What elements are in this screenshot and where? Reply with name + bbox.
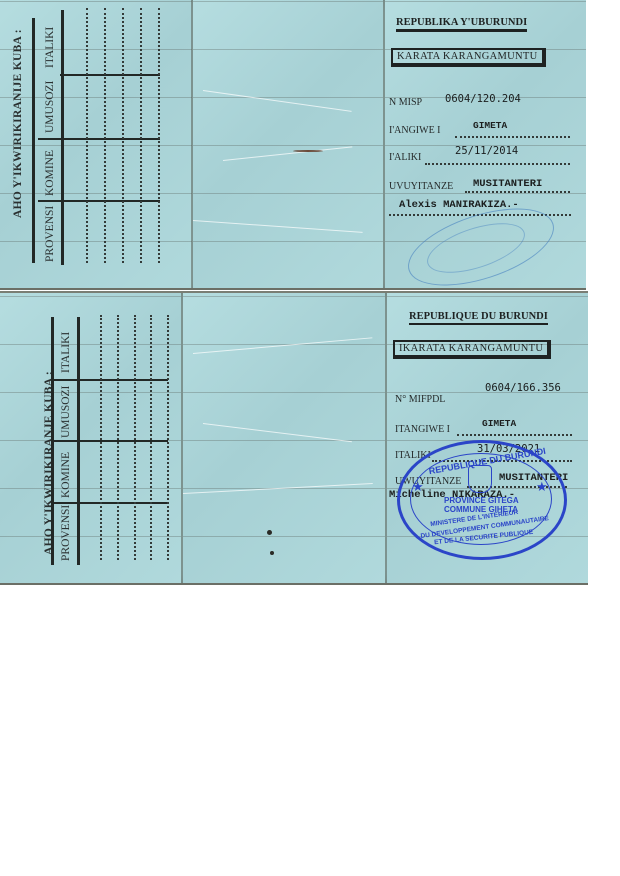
entry-line <box>140 8 142 263</box>
issuer-label: UVUYITANZE <box>389 181 453 192</box>
birthplace-value: GIMETA <box>482 418 516 429</box>
number-label: N° MIFPDL <box>395 394 445 405</box>
entry-line <box>167 315 169 560</box>
column-header-umusozi: UMUSOZI <box>44 81 56 133</box>
dotted-line <box>457 434 572 436</box>
stamp-province: PROVINCE GITEGA <box>444 496 519 505</box>
row-divider <box>60 74 160 76</box>
number-label: N MISP <box>389 97 422 108</box>
table-border <box>32 18 35 263</box>
entry-line <box>86 8 88 263</box>
column-header-provensi: PROVENSI <box>60 505 72 561</box>
star-icon: ★ <box>412 479 424 495</box>
residence-history-panel: AHO Y'IKWIRIKIRANIJE KUBA : PROVENSI KOM… <box>0 0 192 288</box>
ink-spot <box>267 530 272 535</box>
residence-table-title: AHO Y'IKWIRIKIRANIJE KUBA : <box>12 29 24 218</box>
number-value: 0604/120.204 <box>445 93 521 105</box>
identity-info-panel: REPUBLIQUE DU BURUNDI IKARATA KARANGAMUN… <box>387 293 588 583</box>
blank-panel <box>193 0 383 288</box>
official-stamp: REPUBLIQUE DU BURUNDI PROVINCE GITEGA CO… <box>397 440 567 560</box>
date-value: 25/11/2014 <box>455 145 518 157</box>
birthplace-label: I'ANGIWE I <box>389 125 441 136</box>
ink-spot <box>270 551 274 555</box>
republic-heading: REPUBLIQUE DU BURUNDI <box>409 311 548 325</box>
entry-line <box>150 315 152 560</box>
entry-line <box>158 8 160 263</box>
entry-line <box>117 315 119 560</box>
birthplace-value: GIMETA <box>473 120 507 131</box>
column-header-komine: KOMINE <box>44 150 56 196</box>
issuer-value: MUSITANTERI <box>473 178 542 190</box>
coat-of-arms-icon <box>468 465 492 493</box>
republic-heading: REPUBLIKA Y'UBURUNDI <box>396 17 527 32</box>
dotted-line <box>465 191 570 193</box>
date-label: I'ALIKI <box>389 152 421 163</box>
card-title: IKARATA KARANGAMUNTU <box>393 340 551 359</box>
birthplace-label: ITANGIWE I <box>395 424 450 435</box>
column-header-italiki: ITALIKI <box>60 332 72 373</box>
column-header-komine: KOMINE <box>60 452 72 498</box>
identity-info-panel: REPUBLIKA Y'UBURUNDI KARATA KARANGAMUNTU… <box>385 0 586 288</box>
column-header-provensi: PROVENSI <box>44 206 56 262</box>
entry-line <box>134 315 136 560</box>
blank-panel <box>183 293 385 583</box>
id-card-old: AHO Y'IKWIRIKIRANIJE KUBA : PROVENSI KOM… <box>0 0 586 290</box>
star-icon: ★ <box>536 479 548 495</box>
dotted-line <box>455 136 570 138</box>
number-value: 0604/166.356 <box>485 382 561 394</box>
id-card-new: AHO Y'IKWIRIKIRANJE KUBA : PROVENSI KOMI… <box>0 291 588 585</box>
column-header-italiki: ITALIKI <box>44 27 56 68</box>
entry-line <box>100 315 102 560</box>
entry-line <box>122 8 124 263</box>
card-title: KARATA KARANGAMUNTU <box>391 48 546 67</box>
dotted-line <box>425 163 570 165</box>
residence-history-panel: AHO Y'IKWIRIKIRANJE KUBA : PROVENSI KOMI… <box>0 293 181 583</box>
column-header-umusozi: UMUSOZI <box>60 386 72 438</box>
entry-line <box>104 8 106 263</box>
